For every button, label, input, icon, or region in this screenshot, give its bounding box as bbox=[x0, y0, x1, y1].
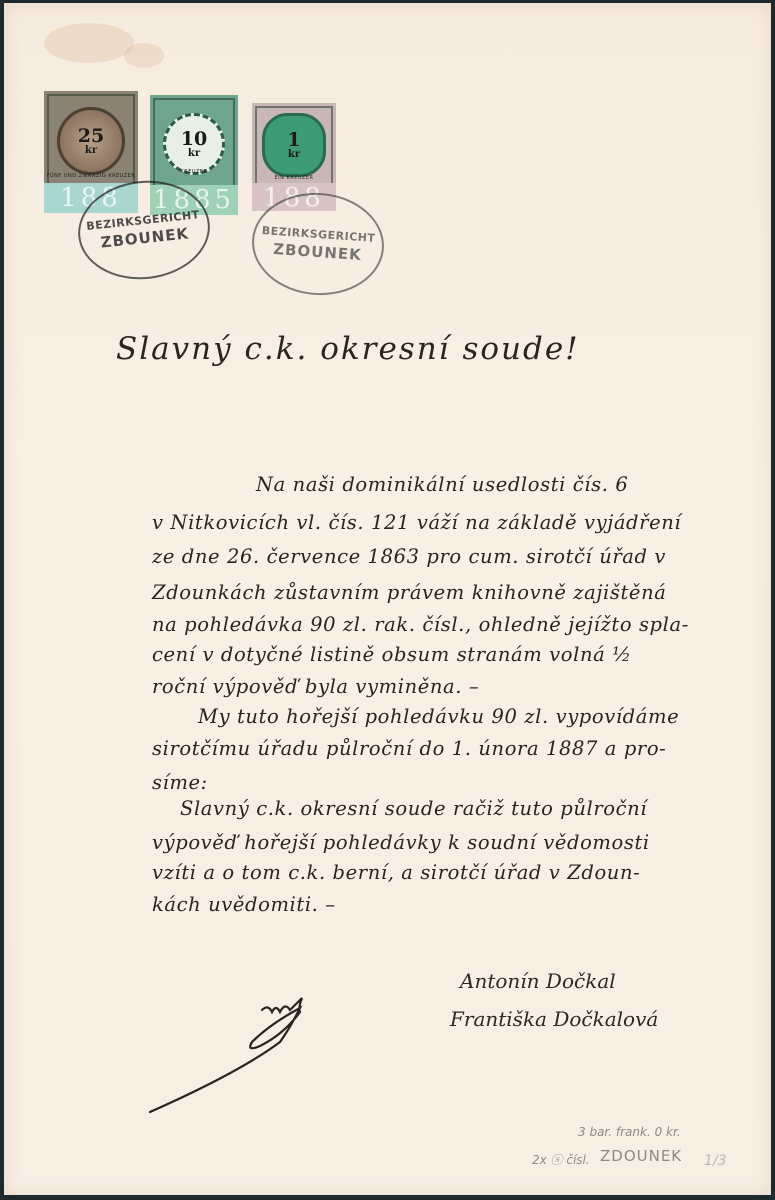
pencil-note-line1: 3 bar. frank. 0 kr. bbox=[578, 1125, 681, 1139]
official-signature-flourish bbox=[144, 988, 344, 1123]
body-line: My tuto hořejší pohledávku 90 zl. vypoví… bbox=[198, 705, 679, 728]
stamp-value-medallion: 10 kr bbox=[163, 113, 225, 175]
body-line: cení v dotyčné listině obsum stranám vol… bbox=[152, 643, 632, 666]
age-stain bbox=[124, 43, 164, 68]
body-line: Slavný c.k. okresní soude račiž tuto půl… bbox=[180, 797, 647, 820]
stamp-unit: kr bbox=[288, 150, 300, 160]
body-line: ze dne 26. července 1863 pro cum. sirotč… bbox=[152, 545, 666, 568]
body-line: Na naši dominikální usedlosti čís. 6 bbox=[256, 473, 628, 496]
signature-antonin: Antonín Dočkal bbox=[460, 969, 616, 993]
pencil-note-line2: 2x ⓢ čísl. bbox=[532, 1151, 590, 1168]
body-line: kách uvědomiti. – bbox=[152, 893, 336, 916]
age-stain bbox=[44, 23, 134, 63]
stamp-value-medallion: 1 kr bbox=[262, 113, 326, 177]
body-line: roční výpověď byla vyminěna. – bbox=[152, 675, 479, 698]
body-line: výpověď hořejší pohledávky k soudní vědo… bbox=[152, 831, 650, 854]
stamp-legend: KREUZER bbox=[150, 169, 238, 175]
pencil-note-number: 1/3 bbox=[704, 1153, 727, 1169]
stamp-legend: EIN KREUZER bbox=[252, 175, 336, 181]
body-line: síme: bbox=[152, 771, 208, 794]
body-line: sirotčímu úřadu půlroční do 1. února 188… bbox=[152, 737, 666, 760]
stamp-value: 1 bbox=[287, 131, 300, 150]
stamp-unit: kr bbox=[188, 149, 200, 159]
body-line: vzíti a o tom c.k. berní, a sirotčí úřad… bbox=[152, 861, 640, 884]
stamp-value-medallion: 25 kr bbox=[57, 107, 125, 175]
stamp-unit: kr bbox=[85, 146, 97, 156]
stamp-value: 10 bbox=[181, 130, 207, 149]
stamp-legend: FÜNF UND ZWANZIG KREUZER bbox=[44, 173, 138, 179]
pencil-note-place: ZDOUNEK bbox=[600, 1147, 682, 1165]
document-page: 25 kr FÜNF UND ZWANZIG KREUZER 188 ZEHN … bbox=[4, 3, 771, 1195]
stamp-value: 25 bbox=[78, 127, 104, 146]
signature-frantiska: Františka Dočkalová bbox=[450, 1007, 658, 1031]
body-line: Zdounkách zůstavním právem knihovně zaji… bbox=[152, 581, 666, 604]
salutation-heading: Slavný c.k. okresní soude! bbox=[116, 331, 580, 367]
body-line: na pohledávka 90 zl. rak. čísl., ohledně… bbox=[152, 613, 689, 636]
body-line: v Nitkovicích vl. čís. 121 váží na zákla… bbox=[152, 511, 681, 534]
postmark-place: ZBOUNEK bbox=[273, 239, 363, 263]
